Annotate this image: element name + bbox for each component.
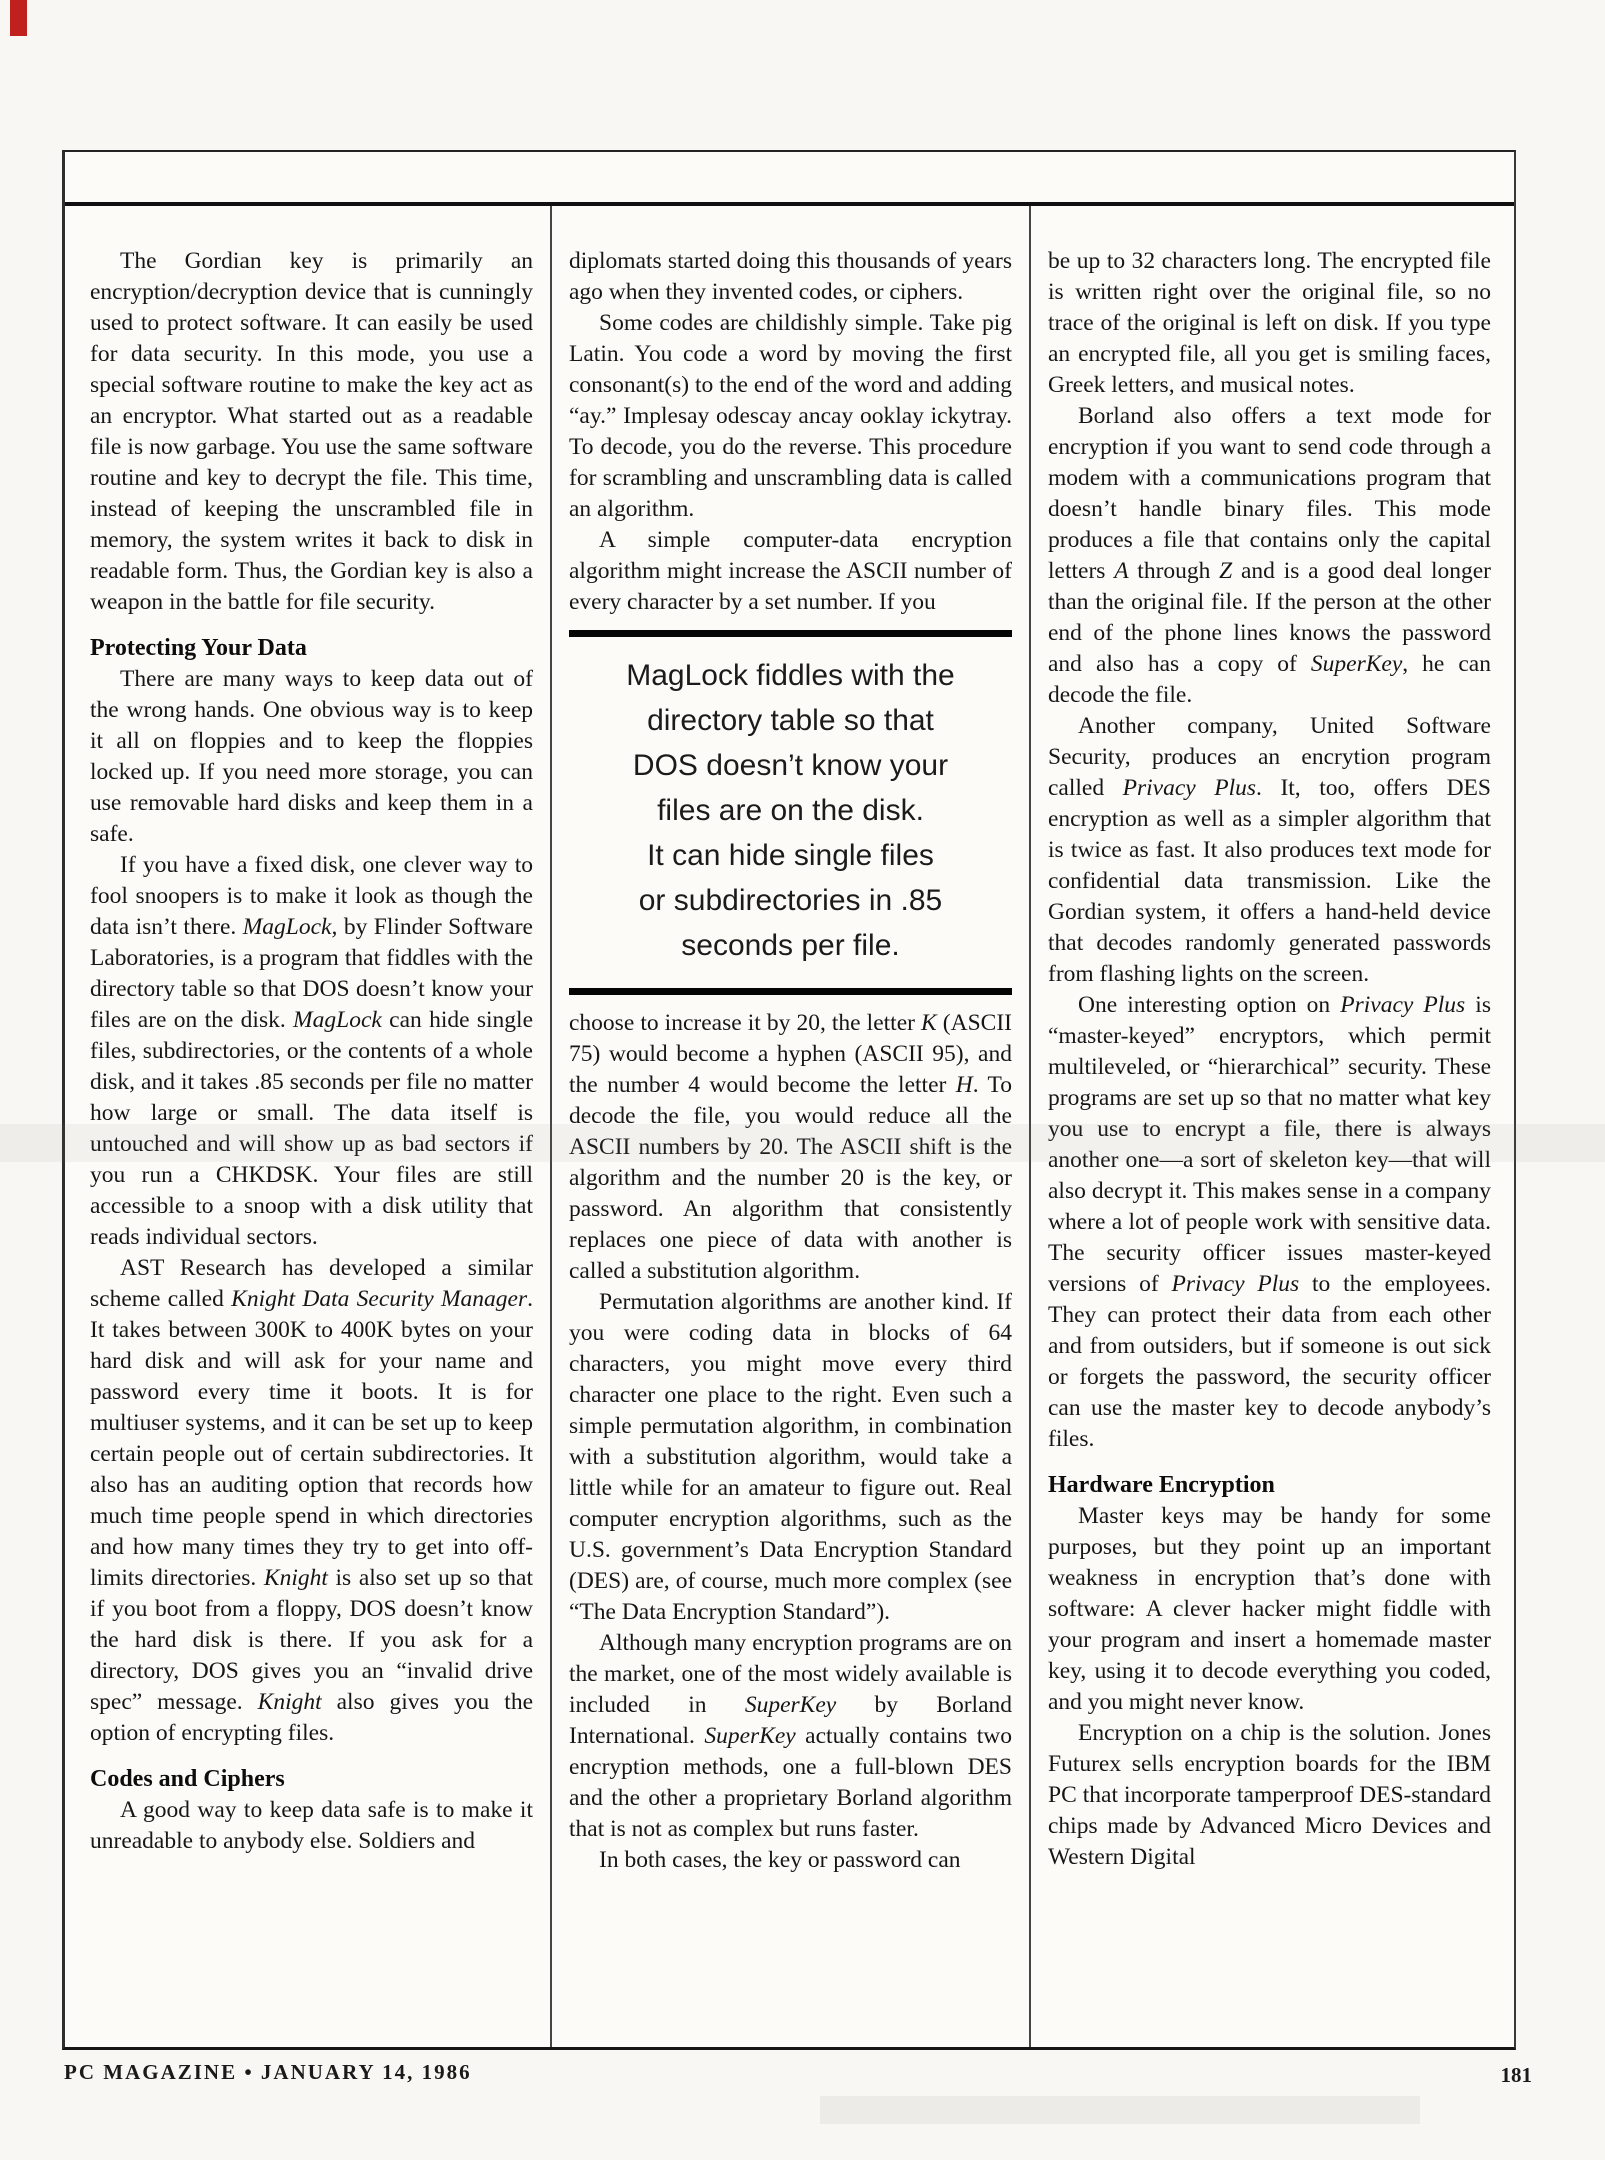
- paragraph: One interesting option on Privacy Plus i…: [1048, 990, 1491, 1455]
- paragraph: There are many ways to keep data out of …: [90, 664, 533, 850]
- text-column-middle: diplomats started doing this thousands o…: [552, 246, 1029, 2047]
- paragraph: AST Research has developed a similar sch…: [90, 1253, 533, 1749]
- paragraph: Encryption on a chip is the solution. Jo…: [1048, 1718, 1491, 1873]
- paragraph: The Gordian key is primarily an encrypti…: [90, 246, 533, 618]
- paragraph: If you have a fixed disk, one clever way…: [90, 850, 533, 1253]
- paragraph: Permutation algorithms are another kind.…: [569, 1287, 1012, 1628]
- paragraph: be up to 32 characters long. The encrypt…: [1048, 246, 1491, 401]
- text-column-left: The Gordian key is primarily an encrypti…: [73, 246, 550, 2047]
- paragraph: Some codes are childishly simple. Take p…: [569, 308, 1012, 525]
- section-heading: Hardware Encryption: [1048, 1470, 1491, 1501]
- section-heading: Codes and Ciphers: [90, 1764, 533, 1795]
- magazine-footer: PC MAGAZINE • JANUARY 14, 1986: [64, 2060, 472, 2085]
- red-registration-mark: [10, 0, 27, 36]
- paragraph: Master keys may be handy for some purpos…: [1048, 1501, 1491, 1718]
- text-column-right: be up to 32 characters long. The encrypt…: [1031, 246, 1508, 2047]
- paragraph: In both cases, the key or password can: [569, 1845, 1012, 1876]
- paragraph: Borland also offers a text mode for encr…: [1048, 401, 1491, 711]
- article-columns: The Gordian key is primarily an encrypti…: [65, 206, 1514, 2047]
- scan-artifact-band: [820, 2096, 1420, 2124]
- pull-quote: MagLock fiddles with the directory table…: [569, 630, 1012, 995]
- paragraph: A simple computer-data encryption algori…: [569, 525, 1012, 618]
- section-heading: Protecting Your Data: [90, 633, 533, 664]
- magazine-page: { "document": { "kind": "magazine-page-s…: [0, 0, 1605, 2160]
- page-number: 181: [1501, 2063, 1533, 2088]
- article-frame: The Gordian key is primarily an encrypti…: [62, 150, 1516, 2050]
- paragraph: A good way to keep data safe is to make …: [90, 1795, 533, 1857]
- paragraph: choose to increase it by 20, the letter …: [569, 1008, 1012, 1287]
- paragraph: Although many encryption programs are on…: [569, 1628, 1012, 1845]
- header-rule-band: [65, 152, 1514, 206]
- paragraph: diplomats started doing this thousands o…: [569, 246, 1012, 308]
- paragraph: Another company, United Software Securit…: [1048, 711, 1491, 990]
